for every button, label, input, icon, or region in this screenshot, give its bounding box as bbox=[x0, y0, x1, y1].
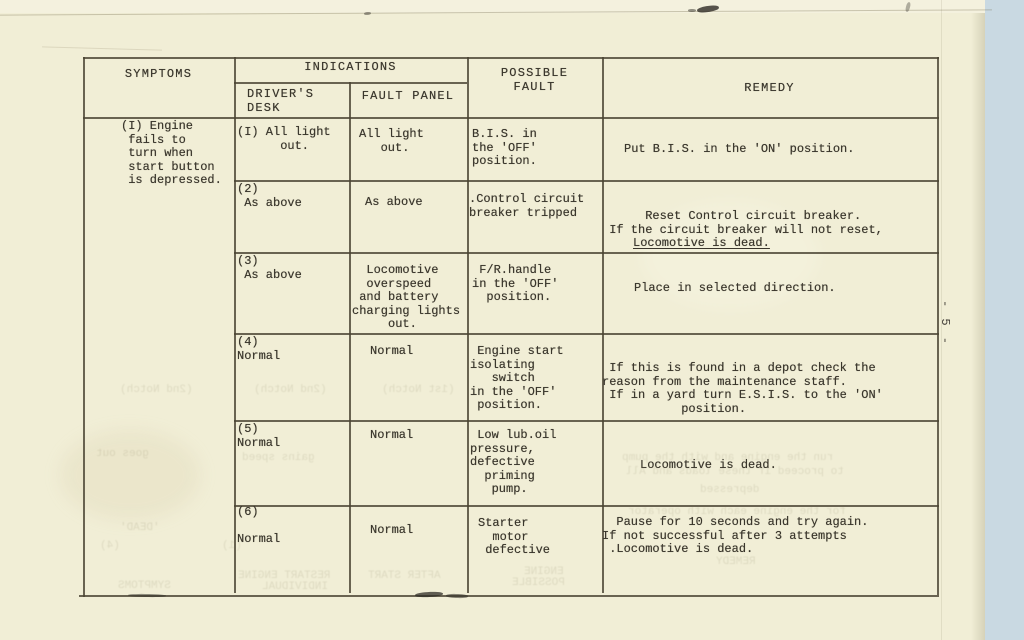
drivers-desk-cell: (3) As above bbox=[237, 255, 302, 282]
bleed-through-text: run the engine and with the pump bbox=[622, 452, 833, 464]
column-header-fault-panel: FAULT PANEL bbox=[349, 90, 467, 104]
fault-panel-cell: Locomotive overspeed and battery chargin… bbox=[352, 264, 460, 332]
column-header-indications: INDICATIONS bbox=[234, 61, 467, 75]
bleed-through-text: INDIVIDUAL bbox=[262, 581, 328, 593]
table-rule bbox=[234, 180, 939, 182]
table-rule bbox=[234, 333, 939, 335]
drivers-desk-cell: (5) Normal bbox=[237, 423, 280, 450]
possible-fault-cell: Low lub.oil pressure, defective priming … bbox=[470, 429, 556, 497]
paper-stain bbox=[60, 430, 200, 520]
fault-panel-cell: Normal bbox=[370, 524, 413, 538]
bleed-through-text: SYMPTOMS bbox=[118, 580, 171, 592]
remedy-cell: Reset Control circuit breaker. If the ci… bbox=[602, 210, 883, 237]
table-rule bbox=[349, 82, 351, 593]
bleed-through-text: depressed bbox=[700, 484, 759, 496]
paper-crease bbox=[42, 46, 162, 50]
possible-fault-cell: B.I.S. in the 'OFF' position. bbox=[472, 128, 537, 169]
remedy-cell: Place in selected direction. bbox=[634, 282, 836, 296]
bleed-through-text: 'DEAD' bbox=[120, 522, 160, 534]
bleed-through-text: REMEDY bbox=[716, 556, 756, 568]
possible-fault-cell: .Control circuit breaker tripped bbox=[469, 193, 584, 220]
possible-fault-cell: Engine start isolating switch in the 'OF… bbox=[470, 345, 564, 413]
column-header-drivers-desk: DRIVER'S DESK bbox=[247, 88, 314, 115]
table-rule bbox=[83, 57, 939, 59]
remedy-cell: Pause for 10 seconds and try again. If n… bbox=[602, 516, 868, 557]
table-rule bbox=[234, 57, 236, 593]
drivers-desk-cell: (I) All light out. bbox=[237, 126, 331, 153]
bleed-through-text: gains speed bbox=[242, 452, 315, 464]
scanner-background bbox=[985, 0, 1024, 640]
fault-panel-cell: As above bbox=[365, 196, 423, 210]
drivers-desk-cell: (4) Normal bbox=[237, 336, 280, 363]
table-rule bbox=[79, 595, 939, 597]
bleed-through-text: (1) bbox=[222, 540, 242, 552]
table-rule bbox=[602, 57, 604, 593]
table-rule bbox=[467, 57, 469, 593]
page-number: - 5 - bbox=[938, 288, 952, 358]
bleed-through-text: (4) bbox=[100, 540, 120, 552]
remedy-cell: Put B.I.S. in the 'ON' position. bbox=[624, 143, 854, 157]
scanned-page: SYMPTOMS INDICATIONS DRIVER'S DESK FAULT… bbox=[0, 0, 1024, 640]
column-header-remedy: REMEDY bbox=[602, 82, 937, 96]
bleed-through-text: (1st Notch) bbox=[382, 384, 455, 396]
symptom-cell: (I) Engine fails to turn when start butt… bbox=[121, 120, 222, 188]
paper-right-edge-shadow bbox=[971, 0, 985, 640]
possible-fault-cell: F/R.handle in the 'OFF' position. bbox=[472, 264, 558, 305]
column-header-possible-fault: POSSIBLE FAULT bbox=[467, 67, 602, 94]
fault-panel-cell: All light out. bbox=[359, 128, 424, 155]
bleed-through-text: AFTER START bbox=[368, 570, 441, 582]
bleed-through-text: to proceed if these loads and All bbox=[626, 466, 844, 478]
drivers-desk-cell: (2) As above bbox=[237, 183, 302, 210]
ink-smudge bbox=[688, 9, 696, 12]
bleed-through-text: POSSIBLE bbox=[512, 577, 565, 589]
fault-panel-cell: Normal bbox=[370, 345, 413, 359]
ink-smudge bbox=[446, 594, 468, 599]
table-rule bbox=[234, 420, 939, 422]
column-header-symptoms: SYMPTOMS bbox=[83, 68, 234, 82]
table-rule bbox=[83, 117, 939, 119]
drivers-desk-cell: (6) Normal bbox=[237, 506, 280, 547]
table-rule bbox=[234, 252, 939, 254]
bleed-through-text: (2nd Notch) bbox=[254, 384, 327, 396]
bleed-through-text: (2nd Notch) bbox=[120, 384, 193, 396]
ink-smudge bbox=[364, 12, 371, 16]
table-rule bbox=[83, 57, 85, 597]
remedy-cell: If this is found in a depot check the re… bbox=[602, 362, 883, 416]
bleed-through-text: goes out bbox=[96, 448, 149, 460]
possible-fault-cell: Starter motor defective bbox=[478, 517, 550, 558]
remedy-cell-underlined: Locomotive is dead. bbox=[633, 237, 770, 251]
bleed-through-text: for the engine each with operator bbox=[628, 506, 846, 518]
fault-panel-cell: Normal bbox=[370, 429, 413, 443]
